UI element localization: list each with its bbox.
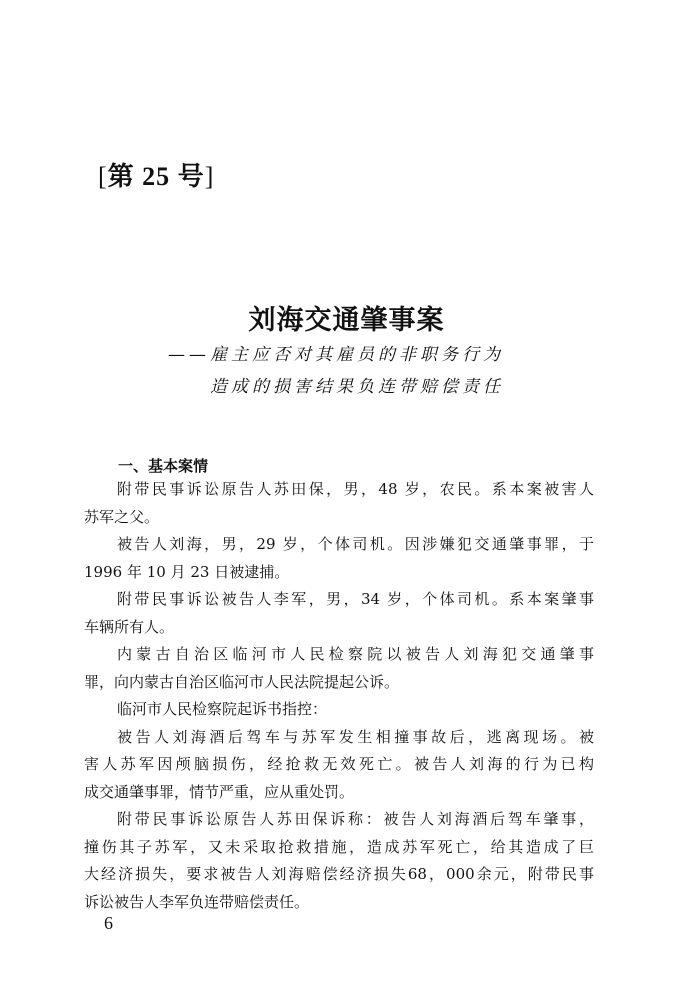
body-line: 大经济损失，要求被告人刘海赔偿经济损失68，000余元，附带民事 [84,861,594,889]
body-line: 内蒙古自治区临河市人民检察院以被告人刘海犯交通肇事 [84,641,594,669]
body-line: 成交通肇事罪，情节严重，应从重处罚。 [84,779,594,807]
body-line: 1996 年 10 月 23 日被逮捕。 [84,559,594,587]
body-line: 车辆所有人。 [84,614,594,642]
case-number-text: 第 25 号 [108,162,205,191]
subtitle-line-2: 造成的损害结果负连带赔偿责任 [210,372,504,397]
body-line: 临河市人民检察院起诉书指控： [84,696,594,724]
body-line: 诉讼被告人李军负连带赔偿责任。 [84,889,594,917]
open-bracket: [ [98,162,108,191]
body-line: 附带民事诉讼原告人苏田保诉称：被告人刘海酒后驾车肇事， [84,806,594,834]
body-line: 附带民事诉讼原告人苏田保，男，48 岁，农民。系本案被害人 [84,476,594,504]
page-number: 6 [104,913,113,934]
body-line: 罪，向内蒙古自治区临河市人民法院提起公诉。 [84,669,594,697]
body-text: 附带民事诉讼原告人苏田保，男，48 岁，农民。系本案被害人 苏军之父。 被告人刘… [84,476,594,916]
subtitle-line-1: ——雇主应否对其雇员的非职务行为 [168,340,504,365]
case-number-label: [第 25 号] [98,156,214,193]
body-line: 苏军之父。 [84,504,594,532]
body-line: 被告人刘海，男，29 岁，个体司机。因涉嫌犯交通肇事罪，于 [84,531,594,559]
body-line: 被告人刘海酒后驾车与苏军发生相撞事故后，逃离现场。被 [84,724,594,752]
section-heading: 一、基本案情 [118,455,208,476]
body-line: 附带民事诉讼被告人李军，男，34 岁，个体司机。系本案肇事 [84,586,594,614]
body-line: 撞伤其子苏军，又未采取抢救措施，造成苏军死亡，给其造成了巨 [84,834,594,862]
close-bracket: ] [205,162,215,191]
body-line: 害人苏军因颅脑损伤，经抢救无效死亡。被告人刘海的行为已构 [84,751,594,779]
case-title: 刘海交通肇事案 [0,298,693,337]
